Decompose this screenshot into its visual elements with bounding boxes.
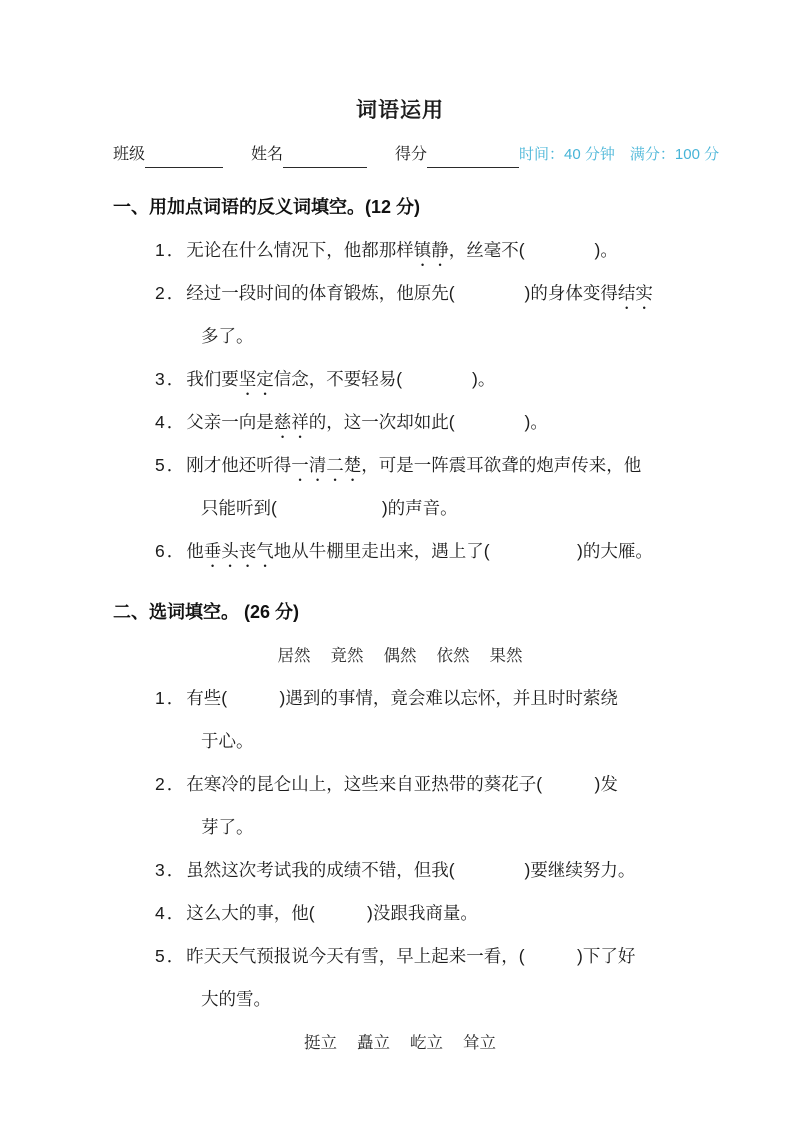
question-text: 芽了。 — [201, 817, 254, 837]
emphasized-word: 慈祥 — [274, 412, 309, 432]
question-text: 在寒冷的昆仑山上，这些来自亚热带的葵花子( )发 — [186, 774, 618, 794]
name-blank-line — [283, 148, 367, 168]
class-field: 班级 — [113, 142, 223, 168]
question-text: 地从牛棚里走出来，遇上了( )的大雁。 — [274, 541, 653, 561]
s1-question-4: 4．父亲一向是慈祥的，这一次却如此( )。 — [113, 401, 687, 444]
class-label: 班级 — [113, 142, 145, 168]
question-number: 5． — [155, 946, 186, 966]
emphasized-word: 垂头丧气 — [204, 541, 274, 561]
emphasized-word: 镇静 — [414, 240, 449, 260]
s2-question-3: 3．虽然这次考试我的成绩不错，但我( )要继续努力。 — [113, 849, 687, 892]
word-bank-item: 矗立 — [357, 1021, 390, 1064]
question-text: 我们要 — [186, 369, 239, 389]
question-number: 5． — [155, 455, 186, 475]
question-text: ，可是一阵震耳欲聋的炮声传来，他 — [361, 455, 641, 475]
word-bank-item: 果然 — [490, 634, 523, 677]
question-text: 经过一段时间的体育锻炼，他原先( )的身体变得 — [186, 283, 618, 303]
word-bank-item: 屹立 — [410, 1021, 443, 1064]
question-text: 有些( )遇到的事情，竟会难以忘怀，并且时时萦绕 — [186, 688, 618, 708]
word-bank-item: 依然 — [437, 634, 470, 677]
question-text: 大的雪。 — [201, 989, 271, 1009]
question-text: 的，这一次却如此( )。 — [309, 412, 548, 432]
class-blank-line — [145, 148, 223, 168]
s1-question-1: 1．无论在什么情况下，他都那样镇静，丝毫不( )。 — [113, 229, 687, 272]
student-info-row: 班级 姓名 得分 时间：40 分钟 满分：100 分 — [113, 142, 687, 168]
s1-question-5: 5．刚才他还听得一清二楚，可是一阵震耳欲聋的炮声传来，他只能听到( )的声音。 — [113, 444, 687, 530]
s2-question-2: 2．在寒冷的昆仑山上，这些来自亚热带的葵花子( )发芽了。 — [113, 763, 687, 849]
emphasized-word: 坚定 — [239, 369, 274, 389]
question-number: 3． — [155, 369, 186, 389]
word-bank-li-words: 挺立 矗立 屹立 耸立 — [113, 1021, 687, 1064]
s1-question-6: 6．他垂头丧气地从牛棚里走出来，遇上了( )的大雁。 — [113, 530, 687, 573]
question-text: 他 — [186, 541, 204, 561]
question-number: 6． — [155, 541, 186, 561]
question-text: 虽然这次考试我的成绩不错，但我( )要继续努力。 — [186, 860, 635, 880]
question-number: 1． — [155, 240, 186, 260]
name-label: 姓名 — [251, 142, 283, 168]
s2-question-4: 4．这么大的事，他( )没跟我商量。 — [113, 892, 687, 935]
score-field: 得分 — [395, 142, 519, 168]
page-title: 词语运用 — [113, 96, 687, 126]
question-text: 昨天天气预报说今天有雪，早上起来一看，( )下了好 — [186, 946, 635, 966]
section2-heading: 二、选词填空。 (26 分) — [113, 591, 687, 634]
worksheet-page: 词语运用 班级 姓名 得分 时间：40 分钟 满分：100 分 一、用加点词语的… — [0, 0, 793, 1064]
question-text: 无论在什么情况下，他都那样 — [186, 240, 414, 260]
question-text: ，丝毫不( )。 — [449, 240, 618, 260]
question-text: 父亲一向是 — [186, 412, 274, 432]
question-text: 刚才他还听得 — [186, 455, 291, 475]
word-bank-ran-words: 居然 竟然 偶然 依然 果然 — [113, 634, 687, 677]
word-bank-item: 挺立 — [304, 1021, 337, 1064]
emphasized-word: 一清二楚 — [291, 455, 361, 475]
time-fullscore-info: 时间：40 分钟 满分：100 分 — [519, 142, 719, 168]
score-blank-line — [427, 148, 519, 168]
emphasized-word: 结实 — [618, 283, 653, 303]
score-label: 得分 — [395, 142, 427, 168]
question-number: 2． — [155, 283, 186, 303]
question-text: 这么大的事，他( )没跟我商量。 — [186, 903, 478, 923]
question-number: 2． — [155, 774, 186, 794]
section1-heading: 一、用加点词语的反义词填空。(12 分) — [113, 186, 687, 229]
s1-question-3: 3．我们要坚定信念，不要轻易( )。 — [113, 358, 687, 401]
word-bank-item: 耸立 — [463, 1021, 496, 1064]
s2-question-5: 5．昨天天气预报说今天有雪，早上起来一看，( )下了好大的雪。 — [113, 935, 687, 1021]
name-field: 姓名 — [251, 142, 367, 168]
question-number: 1． — [155, 688, 186, 708]
question-text: 信念，不要轻易( )。 — [274, 369, 496, 389]
question-number: 4． — [155, 903, 186, 923]
question-text: 于心。 — [201, 731, 254, 751]
question-number: 3． — [155, 860, 186, 880]
s1-question-2: 2．经过一段时间的体育锻炼，他原先( )的身体变得结实多了。 — [113, 272, 687, 358]
word-bank-item: 偶然 — [384, 634, 417, 677]
question-text: 多了。 — [201, 326, 254, 346]
question-number: 4． — [155, 412, 186, 432]
word-bank-item: 居然 — [278, 634, 311, 677]
question-text: 只能听到( )的声音。 — [201, 498, 458, 518]
word-bank-item: 竟然 — [331, 634, 364, 677]
s2-question-1: 1．有些( )遇到的事情，竟会难以忘怀，并且时时萦绕于心。 — [113, 677, 687, 763]
